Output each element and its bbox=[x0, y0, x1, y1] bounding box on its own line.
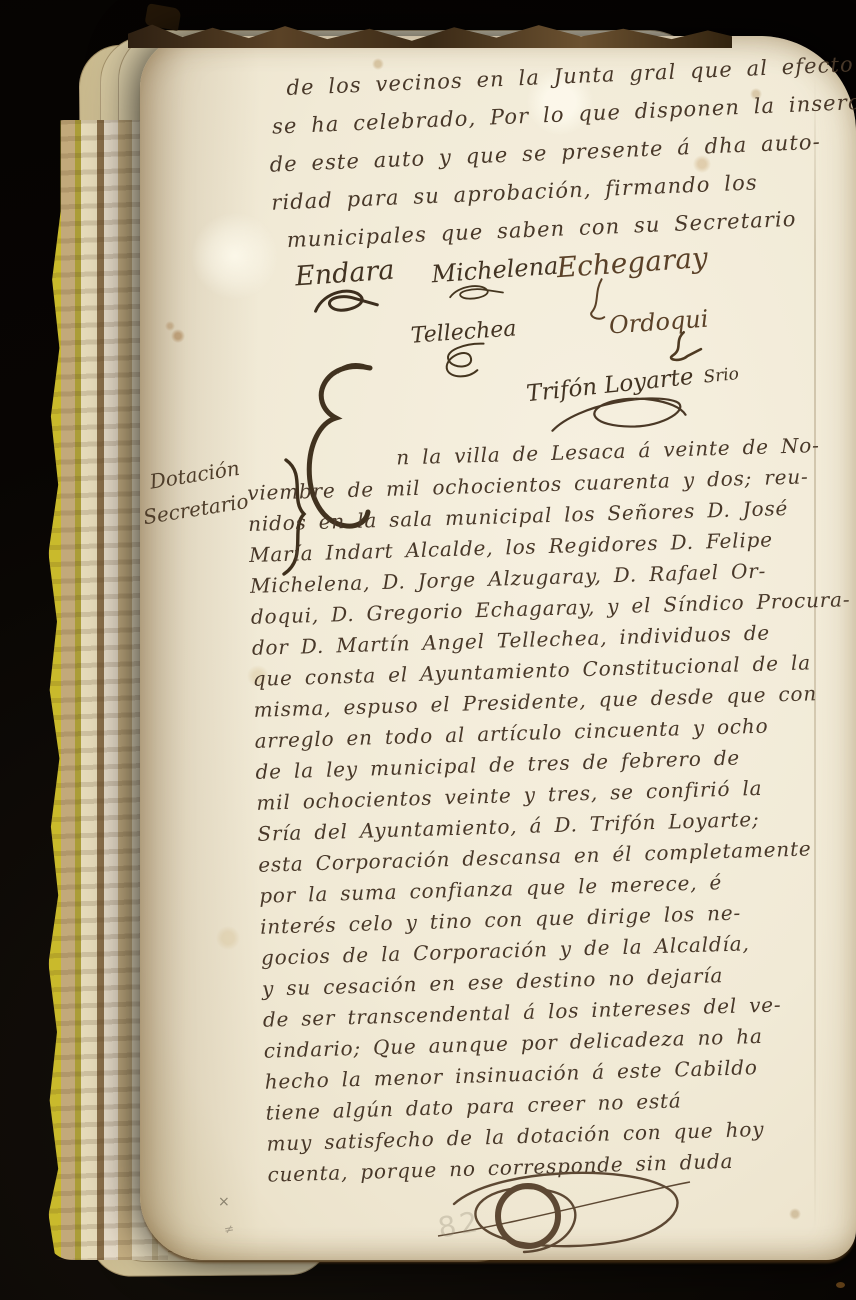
pencil-mark: ≠ bbox=[223, 1221, 235, 1237]
signature-secretary: Trifón LoyarteSrio bbox=[525, 359, 744, 447]
signature-name: Tellechea bbox=[410, 316, 517, 348]
gutter-shadow bbox=[140, 36, 270, 1260]
debris-speck bbox=[836, 1282, 845, 1288]
closing-paragraph: de los vecinos en la Junta gral que al e… bbox=[286, 50, 856, 265]
signature-ordoqui: Ordoqui bbox=[608, 305, 711, 370]
signature-endara: Endara bbox=[294, 255, 397, 321]
signature-tellechea: Tellechea bbox=[410, 316, 520, 384]
manuscript-page: de los vecinos en la Junta gral que al e… bbox=[140, 36, 856, 1260]
signature-michelena: Michelena bbox=[431, 252, 561, 307]
damaged-page-edges bbox=[128, 22, 732, 48]
secretary-title-abbrev: Srio bbox=[703, 364, 740, 388]
signature-name: Endara bbox=[294, 255, 395, 293]
manuscript-book-photo: de los vecinos en la Junta gral que al e… bbox=[0, 0, 856, 1300]
act-paragraph: n la villa de Lesaca á veinte de No- vie… bbox=[246, 432, 856, 1193]
pencil-mark: × bbox=[218, 1194, 230, 1210]
